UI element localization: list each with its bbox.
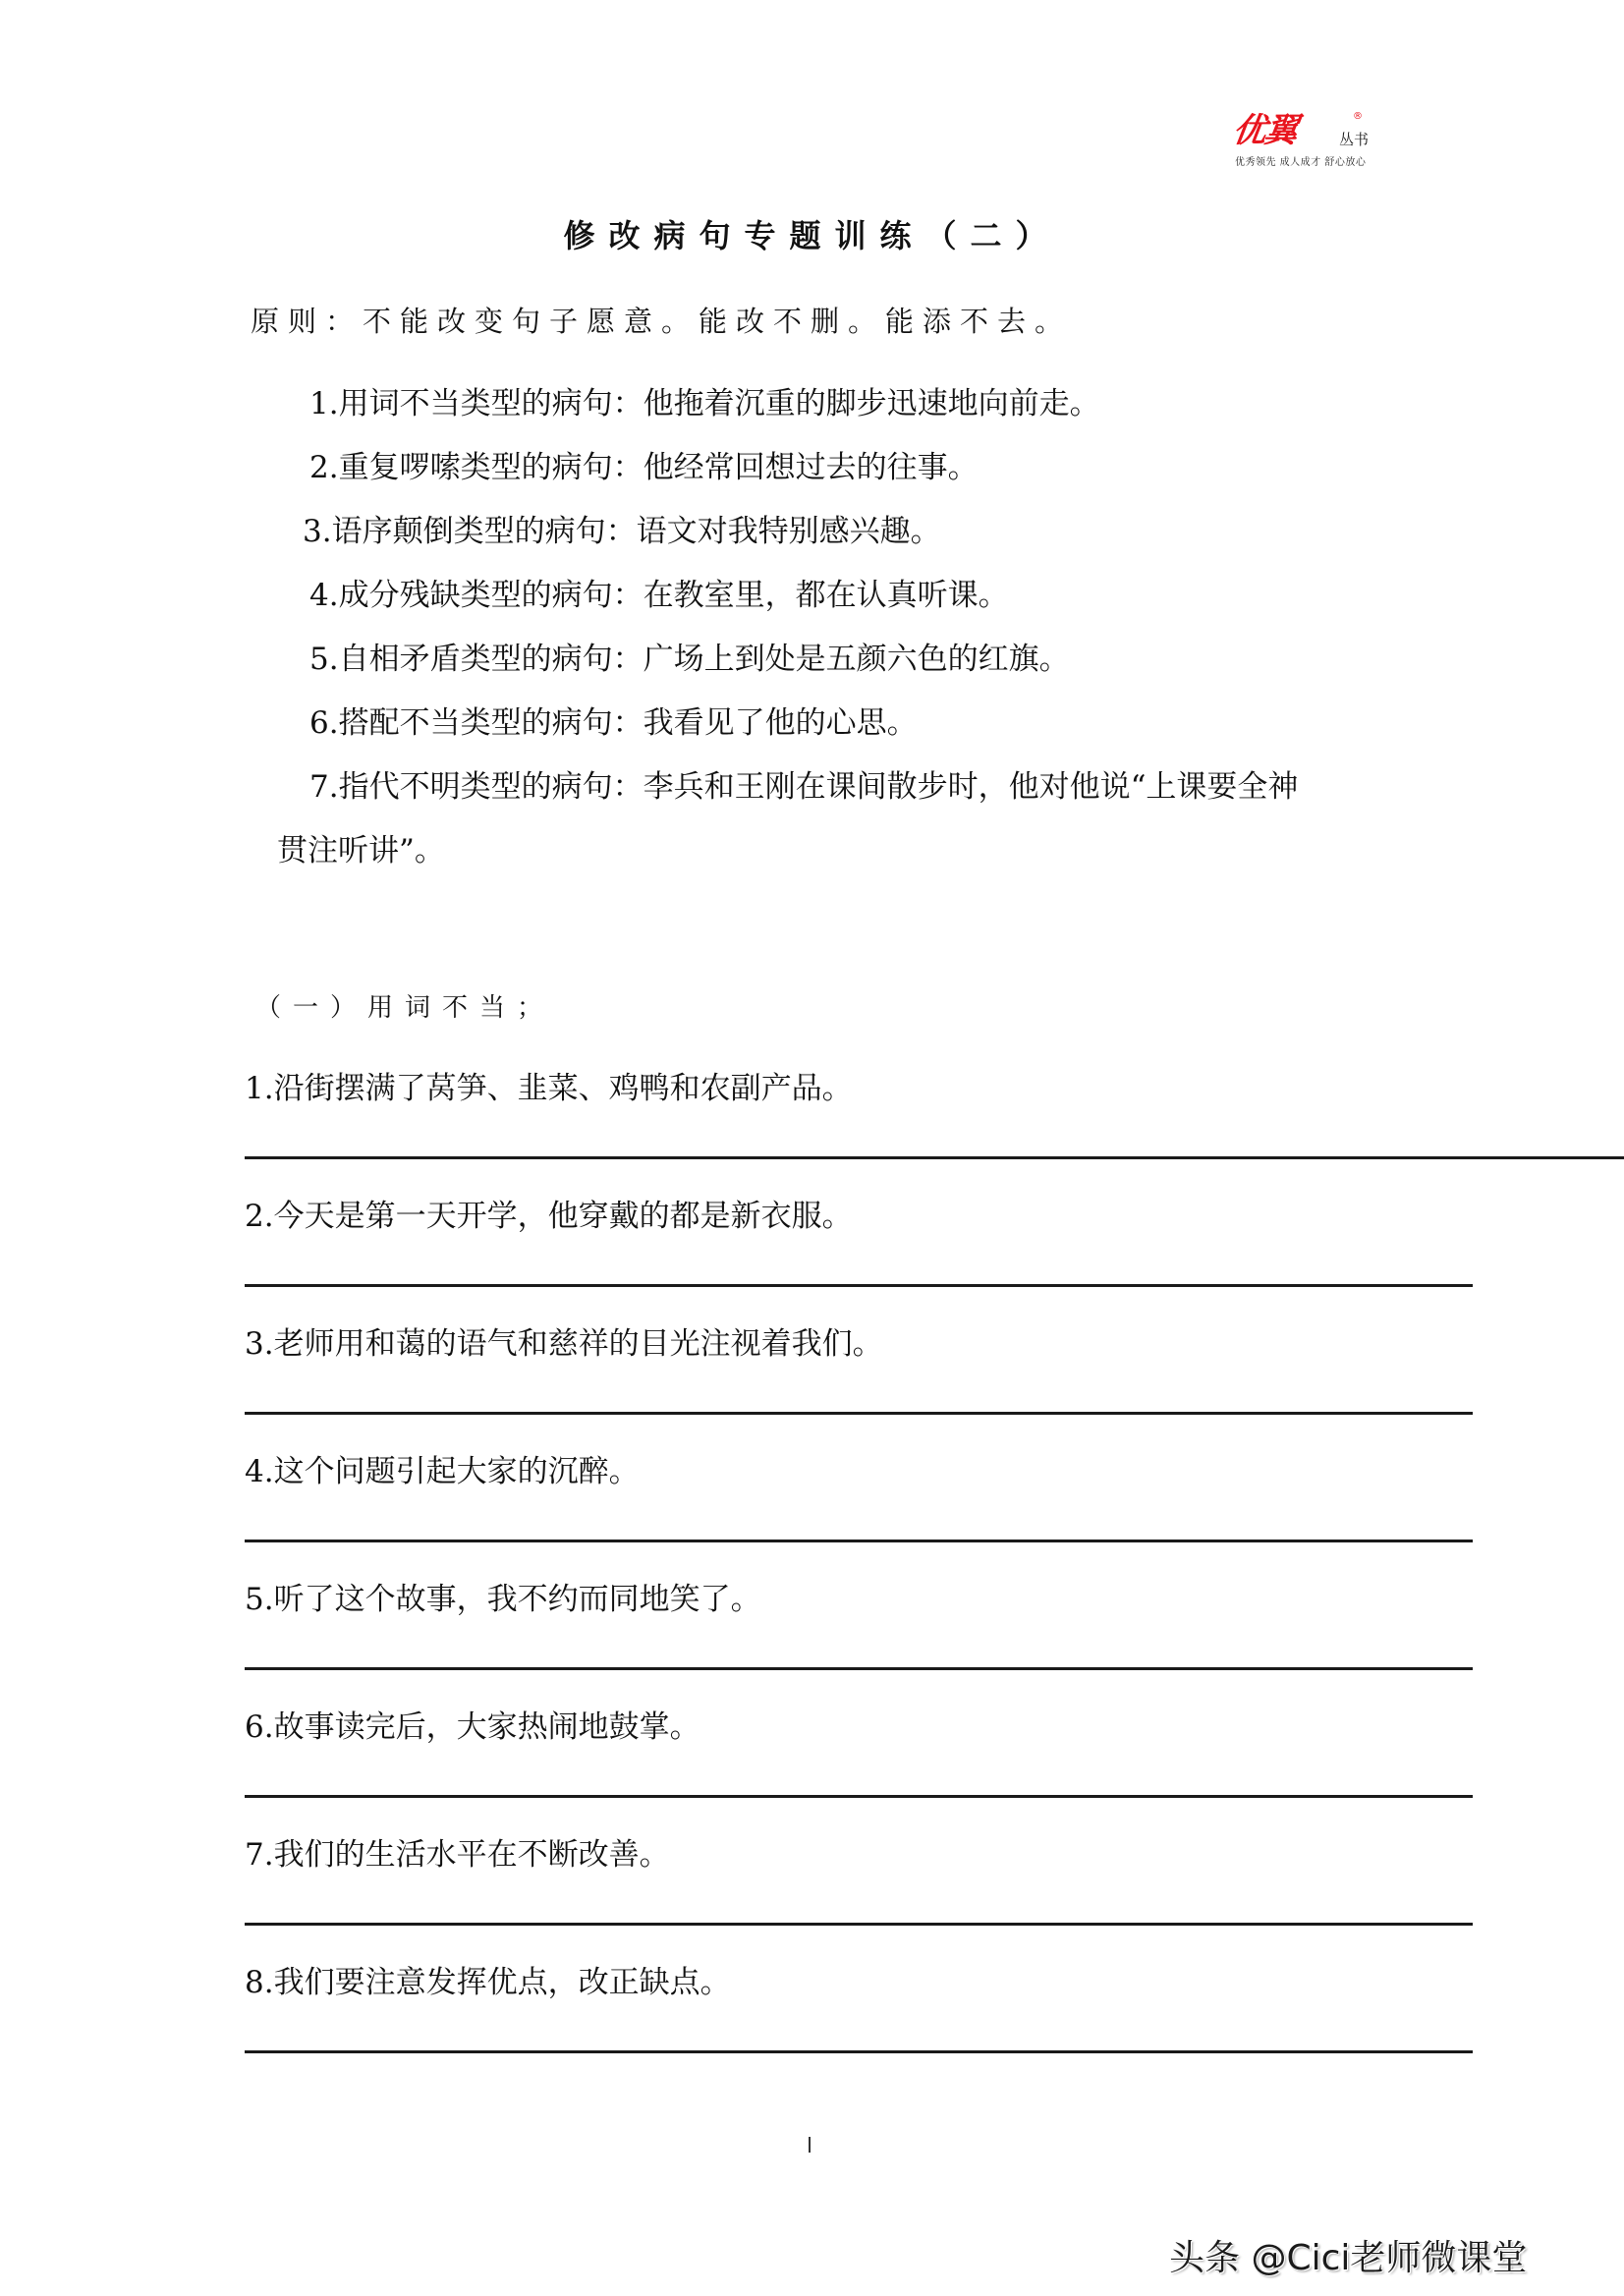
- principle-text: 原则：不能改变句子愿意。能改不删。能添不去。: [251, 300, 1072, 340]
- sentence-type-item: 2.重复啰嗦类型的病句：他经常回想过去的往事。: [309, 442, 979, 486]
- answer-line[interactable]: [245, 1540, 1473, 1542]
- section-heading: （一）用词不当；: [255, 987, 554, 1024]
- answer-line[interactable]: [245, 2050, 1473, 2053]
- sentence-type-item: 3.语序颠倒类型的病句：语文对我特别感兴趣。: [303, 506, 941, 550]
- watermark: 头条 @Cici老师微课堂: [1169, 2230, 1527, 2280]
- sentence-type-continuation: 贯注听讲”。: [277, 825, 445, 869]
- answer-line[interactable]: [245, 1156, 1624, 1159]
- question-item: 1.沿街摆满了莴笋、韭菜、鸡鸭和农副产品。: [245, 1063, 853, 1107]
- question-item: 2.今天是第一天开学，他穿戴的都是新衣服。: [245, 1191, 853, 1235]
- sentence-type-item: 1.用词不当类型的病句：他拖着沉重的脚步迅速地向前走。: [309, 378, 1100, 422]
- question-item: 8.我们要注意发挥优点，改正缺点。: [245, 1957, 731, 2001]
- publisher-logo: 优翼 ® 丛书 优秀领先 成人成才 舒心放心: [1233, 111, 1390, 172]
- answer-line[interactable]: [245, 1412, 1473, 1415]
- question-item: 7.我们的生活水平在不断改善。: [245, 1829, 670, 1874]
- question-item: 4.这个问题引起大家的沉醉。: [245, 1446, 640, 1490]
- logo-slogan: 优秀领先 成人成才 舒心放心: [1235, 153, 1366, 168]
- logo-series: 丛书: [1339, 129, 1369, 149]
- sentence-type-item: 7.指代不明类型的病句：李兵和王刚在课间散步时，他对他说“上课要全神: [309, 761, 1298, 806]
- registered-mark-icon: ®: [1353, 111, 1363, 122]
- sentence-type-item: 5.自相矛盾类型的病句：广场上到处是五颜六色的红旗。: [309, 634, 1070, 678]
- sentence-type-item: 6.搭配不当类型的病句：我看见了他的心思。: [309, 698, 918, 742]
- page-title: 修改病句专题训练（二）: [0, 211, 1624, 256]
- answer-line[interactable]: [245, 1284, 1473, 1287]
- question-item: 3.老师用和蔼的语气和慈祥的目光注视着我们。: [245, 1318, 883, 1363]
- question-item: 5.听了这个故事，我不约而同地笑了。: [245, 1574, 761, 1618]
- page-number-marker: [809, 2137, 811, 2153]
- sentence-type-item: 4.成分残缺类型的病句：在教室里，都在认真听课。: [309, 570, 1009, 614]
- answer-line[interactable]: [245, 1667, 1473, 1670]
- answer-line[interactable]: [245, 1795, 1473, 1798]
- logo-brand: 优翼: [1230, 111, 1299, 150]
- answer-line[interactable]: [245, 1923, 1473, 1926]
- question-item: 6.故事读完后，大家热闹地鼓掌。: [245, 1702, 700, 1746]
